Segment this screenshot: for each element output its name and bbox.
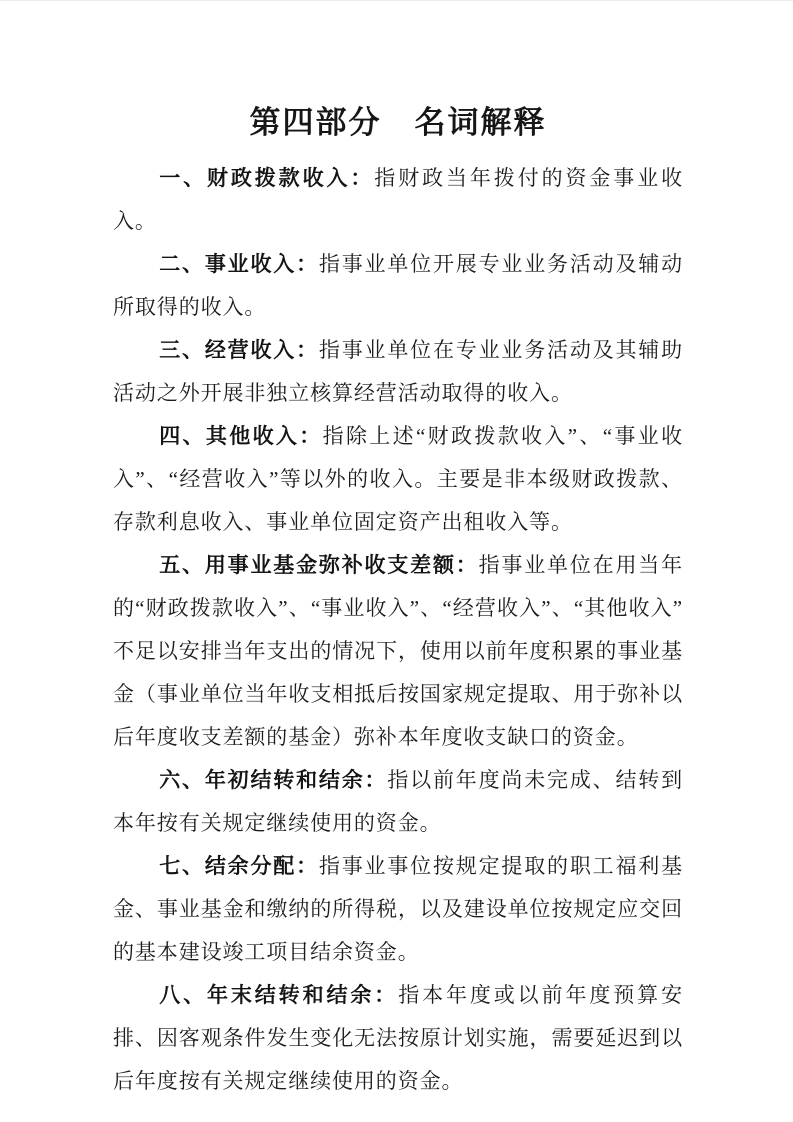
page-title: 第四部分 名词解释 [113,101,683,145]
definition-paragraph: 二、事业收入：指事业单位开展专业业务活动及辅动所取得的收入。 [113,243,683,329]
term-label: 一、财政拨款收入： [159,167,374,190]
definition-paragraph: 一、财政拨款收入：指财政当年拨付的资金事业收入。 [113,157,683,243]
definition-paragraph: 三、经营收入：指事业单位在专业业务活动及其辅助活动之外开展非独立核算经营活动取得… [113,329,683,415]
definition-paragraph: 七、结余分配：指事业事位按规定提取的职工福利基金、事业基金和缴纳的所得税，以及建… [113,845,683,974]
definition-paragraph: 四、其他收入：指除上述“财政拨款收入”、“事业收入”、“经营收入”等以外的收入。… [113,415,683,544]
term-label: 八、年末结转和结余： [159,984,398,1007]
term-label: 六、年初结转和结余： [159,769,387,792]
definition-paragraph: 六、年初结转和结余：指以前年度尚未完成、结转到本年按有关规定继续使用的资金。 [113,759,683,845]
term-label: 二、事业收入： [159,253,319,276]
definition-paragraph: 五、用事业基金弥补收支差额：指事业单位在用当年的“财政拨款收入”、“事业收入”、… [113,544,683,759]
document-body: 一、财政拨款收入：指财政当年拨付的资金事业收入。 二、事业收入：指事业单位开展专… [113,157,683,1103]
term-label: 七、结余分配： [159,855,319,878]
term-label: 三、经营收入： [159,339,319,362]
document-page: 第四部分 名词解释 一、财政拨款收入：指财政当年拨付的资金事业收入。 二、事业收… [0,0,793,1122]
term-label: 四、其他收入： [159,425,322,448]
term-description: 指事业单位在用当年的“财政拨款收入”、“事业收入”、“经营收入”、“其他收入”不… [113,553,683,749]
definition-paragraph: 八、年末结转和结余：指本年度或以前年度预算安排、因客观条件发生变化无法按原计划实… [113,974,683,1103]
term-label: 五、用事业基金弥补收支差额： [159,554,478,577]
